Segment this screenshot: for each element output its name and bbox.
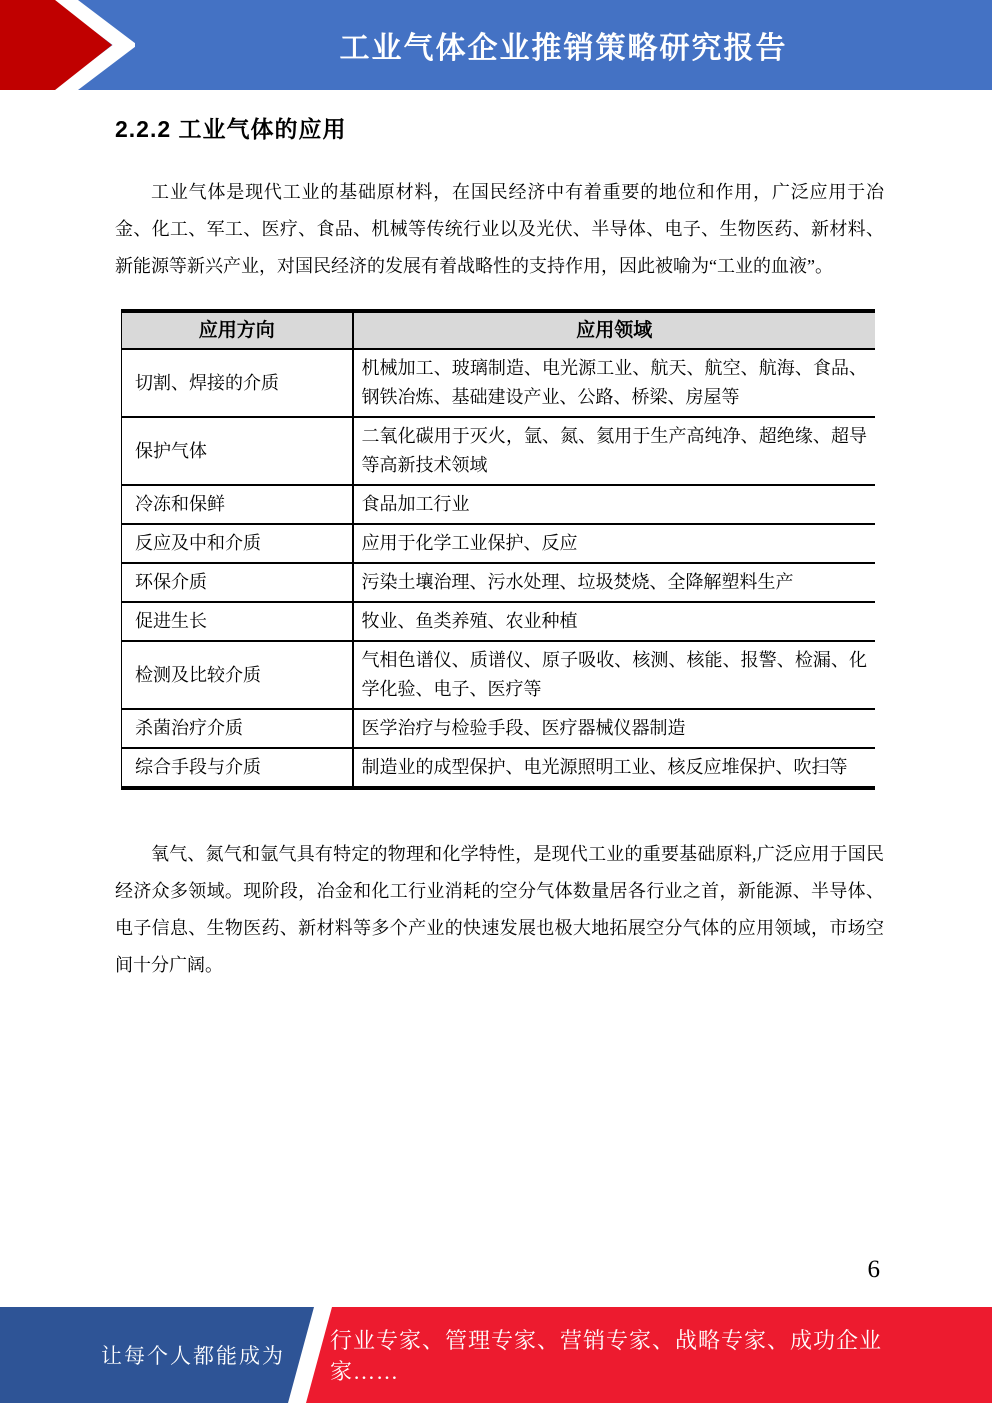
table-row: 促进生长 牧业、鱼类养殖、农业种植 (122, 602, 876, 641)
section-heading: 2.2.2 工业气体的应用 (115, 111, 884, 144)
cell-field: 应用于化学工业保护、反应 (353, 524, 876, 563)
page-content: 2.2.2 工业气体的应用 工业气体是现代工业的基础原材料，在国民经济中有着重要… (115, 90, 884, 984)
cell-field: 气相色谱仪、质谱仪、原子吸收、核测、核能、报警、检漏、化学化验、电子、医疗等 (353, 641, 876, 709)
red-arrow-icon (0, 0, 135, 90)
page-number: 6 (868, 1256, 881, 1284)
cell-direction: 检测及比较介质 (122, 641, 353, 709)
table-row: 冷冻和保鲜 食品加工行业 (122, 485, 876, 524)
cell-direction: 综合手段与介质 (122, 748, 353, 788)
cell-field: 医学治疗与检验手段、医疗器械仪器制造 (353, 709, 876, 748)
column-header-direction: 应用方向 (122, 311, 353, 349)
cell-direction: 保护气体 (122, 417, 353, 485)
table-row: 环保介质 污染土壤治理、污水处理、垃圾焚烧、全降解塑料生产 (122, 563, 876, 602)
column-header-field: 应用领域 (353, 311, 876, 349)
footer-banner: 让每个人都能成为 行业专家、管理专家、营销专家、战略专家、成功企业家…… (0, 1307, 992, 1403)
footer-slogan-right: 行业专家、管理专家、营销专家、战略专家、成功企业家…… (330, 1307, 930, 1403)
cell-field: 二氧化碳用于灭火，氩、氮、氦用于生产高纯净、超绝缘、超导等高新技术领域 (353, 417, 876, 485)
cell-direction: 切割、焊接的介质 (122, 349, 353, 417)
table-row: 检测及比较介质 气相色谱仪、质谱仪、原子吸收、核测、核能、报警、检漏、化学化验、… (122, 641, 876, 709)
footer-slogan-left: 让每个人都能成为 (0, 1307, 285, 1403)
cell-direction: 杀菌治疗介质 (122, 709, 353, 748)
table-row: 杀菌治疗介质 医学治疗与检验手段、医疗器械仪器制造 (122, 709, 876, 748)
header-banner: 工业气体企业推销策略研究报告 (0, 0, 992, 90)
table-row: 保护气体 二氧化碳用于灭火，氩、氮、氦用于生产高纯净、超绝缘、超导等高新技术领域 (122, 417, 876, 485)
cell-direction: 反应及中和介质 (122, 524, 353, 563)
cell-field: 制造业的成型保护、电光源照明工业、核反应堆保护、吹扫等 (353, 748, 876, 788)
cell-direction: 环保介质 (122, 563, 353, 602)
table-row: 反应及中和介质 应用于化学工业保护、反应 (122, 524, 876, 563)
table-row: 切割、焊接的介质 机械加工、玻璃制造、电光源工业、航天、航空、航海、食品、钢铁冶… (122, 349, 876, 417)
cell-field: 机械加工、玻璃制造、电光源工业、航天、航空、航海、食品、钢铁冶炼、基础建设产业、… (353, 349, 876, 417)
cell-field: 污染土壤治理、污水处理、垃圾焚烧、全降解塑料生产 (353, 563, 876, 602)
cell-field: 食品加工行业 (353, 485, 876, 524)
report-page: 工业气体企业推销策略研究报告 2.2.2 工业气体的应用 工业气体是现代工业的基… (0, 0, 992, 1403)
cell-direction: 促进生长 (122, 602, 353, 641)
cell-field: 牧业、鱼类养殖、农业种植 (353, 602, 876, 641)
table-row: 综合手段与介质 制造业的成型保护、电光源照明工业、核反应堆保护、吹扫等 (122, 748, 876, 788)
paragraph-intro: 工业气体是现代工业的基础原材料，在国民经济中有着重要的地位和作用，广泛应用于冶金… (115, 174, 884, 285)
report-title: 工业气体企业推销策略研究报告 (135, 0, 992, 90)
applications-table: 应用方向 应用领域 切割、焊接的介质 机械加工、玻璃制造、电光源工业、航天、航空… (121, 309, 875, 790)
paragraph-summary: 氧气、氮气和氩气具有特定的物理和化学特性，是现代工业的重要基础原料,广泛应用于国… (115, 836, 884, 984)
cell-direction: 冷冻和保鲜 (122, 485, 353, 524)
table-header-row: 应用方向 应用领域 (122, 311, 876, 349)
